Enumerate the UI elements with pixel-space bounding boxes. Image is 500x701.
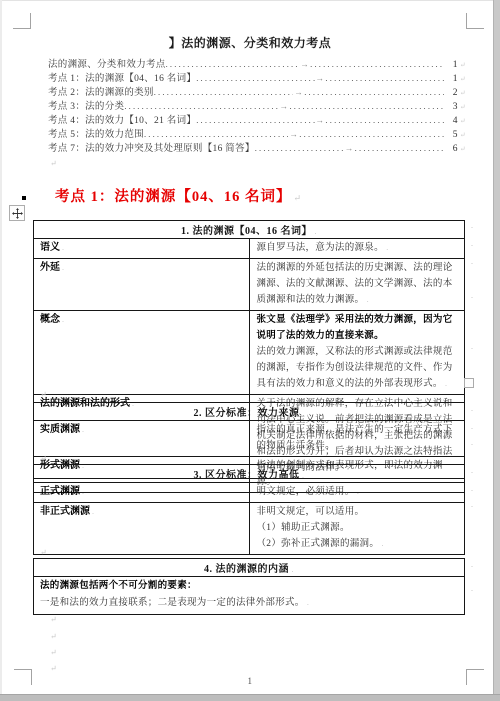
content-line: 张文显《法理学》采用法的效力渊源，因为它说明了法的效力的直接来源。 [257, 312, 457, 344]
toc-entry[interactable]: 考点 5：法的效力范围→5↵ [48, 126, 466, 140]
content-line: 法的渊源的外延包括法的历史渊源、法的理论渊源、法的文献渊源、法的文学渊源、法的本… [257, 260, 457, 308]
table-effect-rank: 3. 区分标准：效力高低 正式渊源 明文规定，必须适用。 非正式渊源 非明文规定… [33, 464, 465, 555]
row-end-mark: . [471, 585, 473, 593]
toc-entry[interactable]: 法的渊源、分类和效力考点→1↵ [48, 56, 466, 70]
table-source-connotation: 4. 法的渊源的内涵 法的渊源包括两个不可分割的要素： 一是和法的效力直接联系；… [33, 558, 465, 615]
row-content[interactable]: 张文显《法理学》采用法的效力渊源，因为它说明了法的效力的直接来源。 法的效力渊源… [249, 311, 465, 395]
row-content[interactable]: 法的渊源包括两个不可分割的要素： 一是和法的效力直接联系；二是表现为一定的法律外… [34, 577, 465, 615]
toc-entry-label: 考点 2：法的渊源的类别 [48, 84, 154, 98]
row-end-mark: . [471, 222, 473, 230]
content-line: 源自罗马法，意为法的源泉。 [257, 240, 457, 256]
document-title[interactable]: 】法的渊源、分类和效力考点 [0, 34, 500, 51]
table-title: 3. 区分标准：效力高低 [194, 470, 305, 481]
content-line: 指法的真正来源，是法产生的一定生产方式下的物质生活条件。 [257, 422, 457, 454]
toc-entry[interactable]: 考点 4：法的效力【10、21 名词】→4↵ [48, 112, 466, 126]
paragraph-mark: ↵ [50, 649, 57, 657]
paragraph-mark: ↵ [50, 160, 57, 168]
table-title: 2. 区分标准：效力来源 [194, 408, 305, 419]
content-line: 一是和法的效力直接联系；二是表现为一定的法律外部形式。 [40, 595, 458, 612]
paragraph-mark: ↵ [460, 145, 466, 153]
page-number: 1 [0, 676, 500, 686]
row-end-mark: . [471, 405, 473, 413]
row-label[interactable]: 外延 [34, 259, 250, 311]
row-label[interactable]: 概念 [34, 311, 250, 395]
row-content[interactable]: 非明文规定，可以适用。 （1）辅助正式渊源。 （2）弥补正式渊源的漏洞。 [249, 503, 465, 555]
tab-mark-icon: → [279, 101, 290, 111]
toc-dots [355, 143, 444, 153]
toc-dots [304, 87, 444, 97]
toc-entry-page: 2 [444, 88, 458, 98]
row-end-mark: . [471, 467, 473, 475]
toc-dots [299, 129, 444, 139]
row-end-mark: . [471, 292, 473, 300]
table-row: 语义 源自罗马法，意为法的源泉。 [34, 239, 465, 259]
window-edge-top [0, 0, 500, 1]
toc-entry[interactable]: 考点 7：法的效力冲突及其处理原则【16 简答】→6↵ [48, 140, 466, 154]
row-end-mark: . [471, 258, 473, 266]
toc-dots [289, 101, 443, 111]
table-row: 2. 区分标准：效力来源 [34, 403, 465, 421]
toc-dots [196, 73, 314, 83]
toc-dots [255, 143, 344, 153]
row-end-mark: . [471, 343, 473, 351]
toc-dots [196, 115, 314, 125]
row-end-mark: . [471, 501, 473, 509]
window-edge-left [0, 0, 2, 701]
toc-entry-page: 1 [444, 74, 458, 84]
toc-dots [310, 59, 444, 69]
tab-mark-icon: → [344, 143, 355, 153]
toc-dots [154, 87, 294, 97]
paragraph-mark: ↵ [460, 117, 466, 125]
table-row: 正式渊源 明文规定，必须适用。 [34, 483, 465, 503]
table-row: 概念 张文显《法理学》采用法的效力渊源，因为它说明了法的效力的直接来源。 法的效… [34, 311, 465, 395]
table-resize-handle[interactable] [464, 378, 474, 388]
content-line: （1）辅助正式渊源。 [257, 520, 457, 536]
row-label[interactable]: 非正式渊源 [34, 503, 250, 555]
row-label[interactable]: 语义 [34, 239, 250, 259]
toc-entry-label: 考点 1：法的渊源【04、16 名词】 [48, 70, 196, 84]
paragraph-mark: ↵ [460, 75, 466, 83]
tab-mark-icon: → [299, 59, 310, 69]
toc-entry-label: 法的渊源、分类和效力考点 [48, 56, 166, 70]
paragraph-mark: ↵ [50, 633, 57, 641]
toc-entry[interactable]: 考点 1：法的渊源【04、16 名词】→1↵ [48, 70, 466, 84]
row-end-mark: . [471, 439, 473, 447]
row-content[interactable]: 源自罗马法，意为法的源泉。 [249, 239, 465, 259]
toc-entry-label: 考点 5：法的效力范围 [48, 126, 144, 140]
table-row: 实质渊源 指法的真正来源，是法产生的一定生产方式下的物质生活条件。 [34, 421, 465, 457]
paragraph-mark: ↵ [460, 103, 466, 111]
document-page: 】法的渊源、分类和效力考点 法的渊源、分类和效力考点→1↵ 考点 1：法的渊源【… [0, 0, 500, 701]
content-line: 法的渊源包括两个不可分割的要素： [40, 578, 458, 595]
table-title: 1. 法的渊源【04、16 名词】 [181, 226, 317, 237]
toc-entry-label: 考点 4：法的效力【10、21 名词】 [48, 112, 196, 126]
toc-entry-page: 5 [444, 130, 458, 140]
row-content[interactable]: 指法的真正来源，是法产生的一定生产方式下的物质生活条件。 [249, 421, 465, 457]
row-label[interactable]: 实质渊源 [34, 421, 250, 457]
toc-entry-label: 考点 3：法的分类 [48, 98, 124, 112]
content-line: 法的效力渊源，又称法的形式渊源或法律规范的渊源，专指作为创设法律规范的文件、作为… [257, 344, 457, 392]
toc-dots [124, 101, 278, 111]
row-end-mark: . [471, 423, 473, 431]
paragraph-mark: ↵ [40, 549, 47, 557]
toc-dots [325, 115, 443, 125]
toc-entry-page: 4 [444, 116, 458, 126]
window-edge-right [493, 0, 500, 701]
toc-entry-page: 1 [444, 60, 458, 70]
toc-dots [166, 59, 300, 69]
window-edge-bottom [0, 694, 500, 701]
paragraph-mark: ↵ [460, 131, 466, 139]
tab-mark-icon: → [315, 73, 326, 83]
heading-bullet [22, 196, 26, 200]
table-move-handle[interactable] [9, 205, 25, 221]
row-end-mark: . [471, 485, 473, 493]
paragraph-mark: ↵ [40, 455, 47, 463]
content-line: 非明文规定，可以适用。 [257, 504, 457, 520]
row-label[interactable]: 正式渊源 [34, 483, 250, 503]
paragraph-mark: ↵ [460, 61, 466, 69]
row-content[interactable]: 法的渊源的外延包括法的历史渊源、法的理论渊源、法的文献渊源、法的文学渊源、法的本… [249, 259, 465, 311]
text-boundary-mark-top-right [466, 13, 484, 29]
content-line: 明文规定，必须适用。 [257, 484, 457, 500]
toc-entry-page: 3 [444, 102, 458, 112]
tab-mark-icon: → [288, 129, 299, 139]
paragraph-mark: ↵ [294, 193, 303, 203]
toc-dots [144, 129, 289, 139]
toc-entry[interactable]: 考点 3：法的分类→3↵ [48, 98, 466, 112]
table-row: 外延 法的渊源的外延包括法的历史渊源、法的理论渊源、法的文献渊源、法的文学渊源、… [34, 259, 465, 311]
move-icon [12, 208, 23, 219]
paragraph-mark: ↵ [50, 665, 57, 673]
paragraph-mark: ↵ [50, 616, 57, 624]
paragraph-mark: ↵ [460, 89, 466, 97]
toc-entry[interactable]: 考点 2：法的渊源的类别→2↵ [48, 84, 466, 98]
table-title: 4. 法的渊源的内涵 [204, 564, 294, 575]
table-row: 法的渊源包括两个不可分割的要素： 一是和法的效力直接联系；二是表现为一定的法律外… [34, 577, 465, 615]
toc-dots [325, 73, 443, 83]
section-heading[interactable]: 考点 1：法的渊源【04、16 名词】↵ [55, 185, 302, 206]
table-row: 1. 法的渊源【04、16 名词】 [34, 221, 465, 239]
table-of-contents: 法的渊源、分类和效力考点→1↵ 考点 1：法的渊源【04、16 名词】→1↵ 考… [48, 56, 466, 154]
text-boundary-mark-top-left [13, 13, 31, 29]
content-line: （2）弥补正式渊源的漏洞。 [257, 536, 457, 552]
paragraph-mark: ↵ [40, 391, 47, 399]
section-heading-text: 考点 1：法的渊源【04、16 名词】 [55, 189, 292, 205]
tab-mark-icon: → [293, 87, 304, 97]
row-end-mark: . [471, 561, 473, 569]
tab-mark-icon: → [315, 115, 326, 125]
table-row: 3. 区分标准：效力高低 [34, 465, 465, 483]
table-row: 非正式渊源 非明文规定，可以适用。 （1）辅助正式渊源。 （2）弥补正式渊源的漏… [34, 503, 465, 555]
table-row: 4. 法的渊源的内涵 [34, 559, 465, 577]
row-end-mark: . [471, 240, 473, 248]
toc-entry-label: 考点 7：法的效力冲突及其处理原则【16 简答】 [48, 140, 255, 154]
row-content[interactable]: 明文规定，必须适用。 [249, 483, 465, 503]
toc-entry-page: 6 [444, 144, 458, 154]
